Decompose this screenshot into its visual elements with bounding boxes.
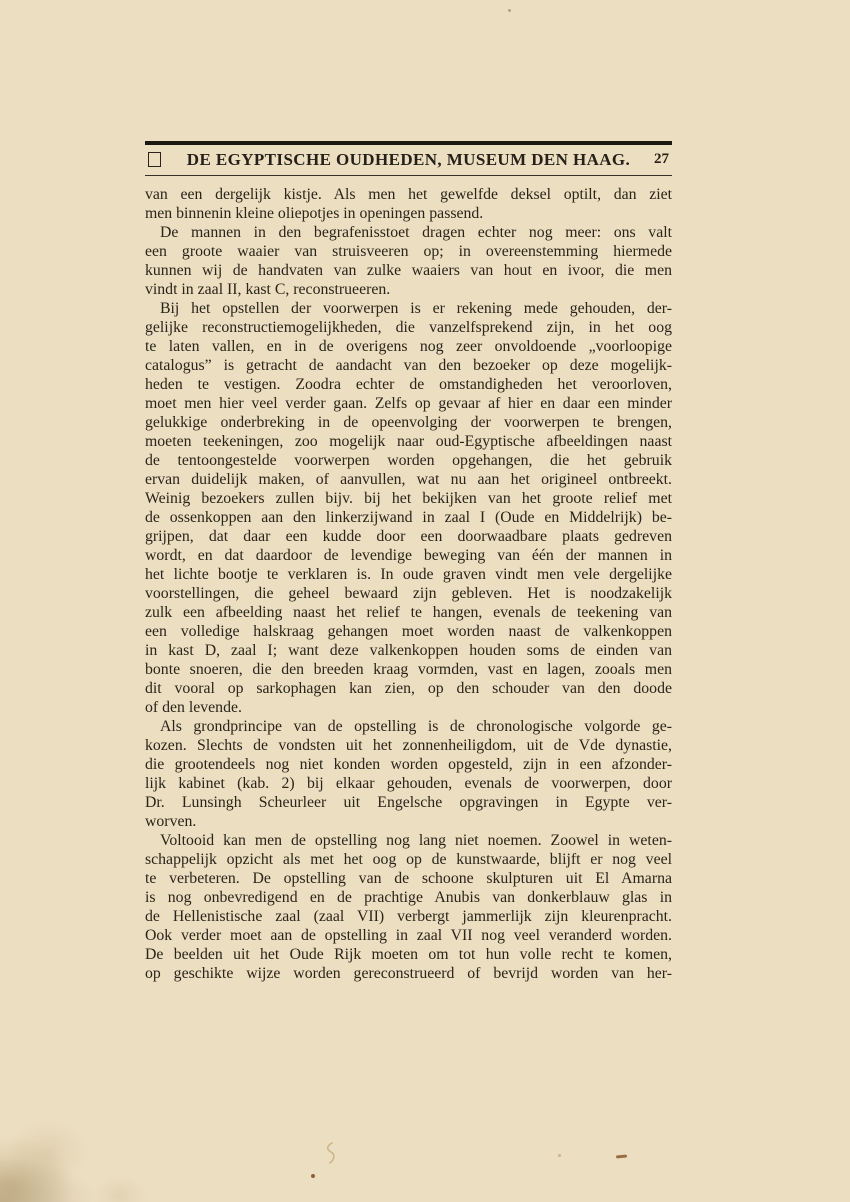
text-line: moet men hier veel verder gaan. Zelfs op… <box>145 394 672 413</box>
text-line: vindt in zaal II, kast C, reconstrueeren… <box>145 280 672 299</box>
text-line: een groote waaier van struisveeren op; i… <box>145 242 672 261</box>
ink-squiggle-mark <box>322 1142 340 1171</box>
text-line: de tentoongestelde voorwerpen worden opg… <box>145 451 672 470</box>
text-line: gelukkige onderbreking in de opeenvolgin… <box>145 413 672 432</box>
body-text: van een dergelijk kistje. Als men het ge… <box>145 185 672 983</box>
paragraph: Als grondprincipe van de opstelling is d… <box>145 717 672 831</box>
text-line: heden te vestigen. Zoodra echter de omst… <box>145 375 672 394</box>
text-line: voorstellingen, die geheel bewaard zijn … <box>145 584 672 603</box>
text-line: Voltooid kan men de opstelling nog lang … <box>145 831 672 850</box>
header-row: DE EGYPTISCHE OUDHEDEN, MUSEUM DEN HAAG.… <box>145 145 672 175</box>
text-line: Ook verder moet aan de opstelling in zaa… <box>145 926 672 945</box>
text-line: die grootendeels nog niet konden worden … <box>145 755 672 774</box>
text-line: gelijke reconstructiemogelijkheden, die … <box>145 318 672 337</box>
paper-speck <box>508 9 511 12</box>
ink-dash-mark <box>616 1155 627 1159</box>
text-line: kozen. Slechts de vondsten uit het zonne… <box>145 736 672 755</box>
ink-dot-mark <box>311 1174 315 1178</box>
text-line: Weinig bezoekers zullen bijv. bij het be… <box>145 489 672 508</box>
text-line: kunnen wij de handvaten van zulke waaier… <box>145 261 672 280</box>
text-line: van een dergelijk kistje. Als men het ge… <box>145 185 672 204</box>
text-line: of den levende. <box>145 698 672 717</box>
text-line: de ossenkoppen aan den linkerzijwand in … <box>145 508 672 527</box>
text-line: is nog onbevredigend en de prachtige Anu… <box>145 888 672 907</box>
text-line: in kast D, zaal I; want deze valkenkoppe… <box>145 641 672 660</box>
text-line: te laten vallen, en in de overigens nog … <box>145 337 672 356</box>
header-bottom-rule <box>145 175 672 177</box>
faint-dot-mark <box>558 1154 561 1157</box>
text-line: moeten teekeningen, zoo mogelijk naar ou… <box>145 432 672 451</box>
text-line: dit vooral op sarkophagen kan zien, op d… <box>145 679 672 698</box>
text-line: wordt, en dat daardoor de levendige bewe… <box>145 546 672 565</box>
text-line: ervan duidelijk maken, of aanvullen, wat… <box>145 470 672 489</box>
text-line: Als grondprincipe van de opstelling is d… <box>145 717 672 736</box>
text-line: lijk kabinet (kab. 2) bij elkaar gehoude… <box>145 774 672 793</box>
paragraph: Bij het opstellen der voorwerpen is er r… <box>145 299 672 717</box>
text-line: catalogus” is getracht de aandacht van d… <box>145 356 672 375</box>
text-line: de Hellenistische zaal (zaal VII) verber… <box>145 907 672 926</box>
text-line: het lichte bootje te verklaren is. In ou… <box>145 565 672 584</box>
text-line: Dr. Lunsingh Scheurleer uit Engelsche op… <box>145 793 672 812</box>
text-line: bonte snoeren, die den breeden kraag vor… <box>145 660 672 679</box>
text-line: grijpen, dat daar een kudde door een doo… <box>145 527 672 546</box>
page-number: 27 <box>654 151 669 168</box>
text-line: schappelijk opzicht als met het oog op d… <box>145 850 672 869</box>
text-line: worven. <box>145 812 672 831</box>
text-line: Bij het opstellen der voorwerpen is er r… <box>145 299 672 318</box>
text-line: De mannen in den begrafenisstoet dragen … <box>145 223 672 242</box>
text-line: te verbeteren. De opstelling van de scho… <box>145 869 672 888</box>
paragraph: Voltooid kan men de opstelling nog lang … <box>145 831 672 983</box>
text-line: zulk een afbeelding naast het relief te … <box>145 603 672 622</box>
text-line: De beelden uit het Oude Rijk moeten om t… <box>145 945 672 964</box>
text-line: men binnenin kleine oliepotjes in openin… <box>145 204 672 223</box>
page-header: DE EGYPTISCHE OUDHEDEN, MUSEUM DEN HAAG.… <box>145 141 672 176</box>
paragraph: van een dergelijk kistje. Als men het ge… <box>145 185 672 223</box>
running-title: DE EGYPTISCHE OUDHEDEN, MUSEUM DEN HAAG. <box>145 150 672 170</box>
text-line: op geschikte wijze worden gereconstrueer… <box>145 964 672 983</box>
book-page-scan: DE EGYPTISCHE OUDHEDEN, MUSEUM DEN HAAG.… <box>0 0 850 1202</box>
text-line: een volledige halskraag gehangen moet wo… <box>145 622 672 641</box>
paragraph: De mannen in den begrafenisstoet dragen … <box>145 223 672 299</box>
